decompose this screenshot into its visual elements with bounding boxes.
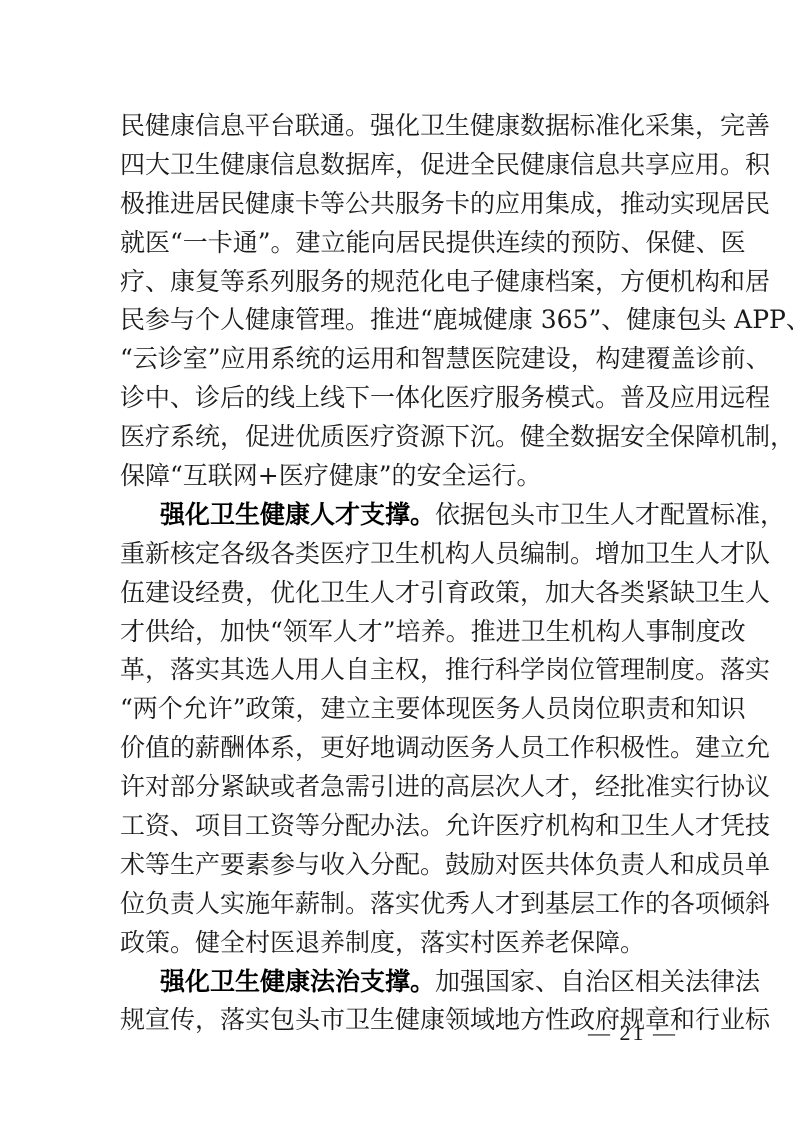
text-line: 才供给，加快“领军人才”培养。推进卫生机构人事制度改 xyxy=(120,613,676,652)
paragraph-first-line: 强化卫生健康人才支撑。依据包头市卫生人才配置标准， xyxy=(120,496,676,535)
text-line: 工资、项目工资等分配办法。允许医疗机构和卫生人才凭技 xyxy=(120,807,676,846)
document-page: 民健康信息平台联通。强化卫生健康数据标准化采集，完善 四大卫生健康信息数据库，促… xyxy=(120,107,676,1040)
text-line: 许对部分紧缺或者急需引进的高层次人才，经批准实行协议 xyxy=(120,768,676,807)
section-heading: 强化卫生健康法治支撑。 xyxy=(160,967,435,996)
text-line: 民健康信息平台联通。强化卫生健康数据标准化采集，完善 xyxy=(120,107,676,146)
page-number: — 21 — xyxy=(588,1020,677,1046)
text-span: 加强国家、自治区相关法律法 xyxy=(435,967,760,996)
text-line: 伍建设经费，优化卫生人才引育政策，加大各类紧缺卫生人 xyxy=(120,574,676,613)
paragraph-health-info: 民健康信息平台联通。强化卫生健康数据标准化采集，完善 四大卫生健康信息数据库，促… xyxy=(120,107,676,496)
text-line: 价值的薪酬体系，更好地调动医务人员工作积极性。建立允 xyxy=(120,729,676,768)
text-line: 诊中、诊后的线上线下一体化医疗服务模式。普及应用远程 xyxy=(120,379,676,418)
text-line: 保障“互联网+医疗健康”的安全运行。 xyxy=(120,457,676,496)
text-line: “云诊室”应用系统的运用和智慧医院建设，构建覆盖诊前、 xyxy=(120,340,676,379)
text-line: 医疗系统，促进优质医疗资源下沉。健全数据安全保障机制， xyxy=(120,418,676,457)
text-line: 术等生产要素参与收入分配。鼓励对医共体负责人和成员单 xyxy=(120,846,676,885)
text-line: 革，落实其选人用人自主权，推行科学岗位管理制度。落实 xyxy=(120,651,676,690)
text-line: “两个允许”政策，建立主要体现医务人员岗位职责和知识 xyxy=(120,690,676,729)
text-line: 重新核定各级各类医疗卫生机构人员编制。增加卫生人才队 xyxy=(120,535,676,574)
paragraph-first-line: 强化卫生健康法治支撑。加强国家、自治区相关法律法 xyxy=(120,963,676,1002)
text-span: 依据包头市卫生人才配置标准， xyxy=(435,500,785,529)
text-line: 四大卫生健康信息数据库，促进全民健康信息共享应用。积 xyxy=(120,146,676,185)
text-line: 就医“一卡通”。建立能向居民提供连续的预防、保健、医 xyxy=(120,224,676,263)
text-line: 政策。健全村医退养制度，落实村医养老保障。 xyxy=(120,924,676,963)
paragraph-talent-support: 强化卫生健康人才支撑。依据包头市卫生人才配置标准， 重新核定各级各类医疗卫生机构… xyxy=(120,496,676,963)
section-heading: 强化卫生健康人才支撑。 xyxy=(160,500,435,529)
text-line: 疗、康复等系列服务的规范化电子健康档案，方便机构和居 xyxy=(120,263,676,302)
text-line: 极推进居民健康卡等公共服务卡的应用集成，推动实现居民 xyxy=(120,185,676,224)
text-line: 民参与个人健康管理。推进“鹿城健康 365”、健康包头 APP、 xyxy=(120,301,676,340)
text-line: 位负责人实施年薪制。落实优秀人才到基层工作的各项倾斜 xyxy=(120,885,676,924)
